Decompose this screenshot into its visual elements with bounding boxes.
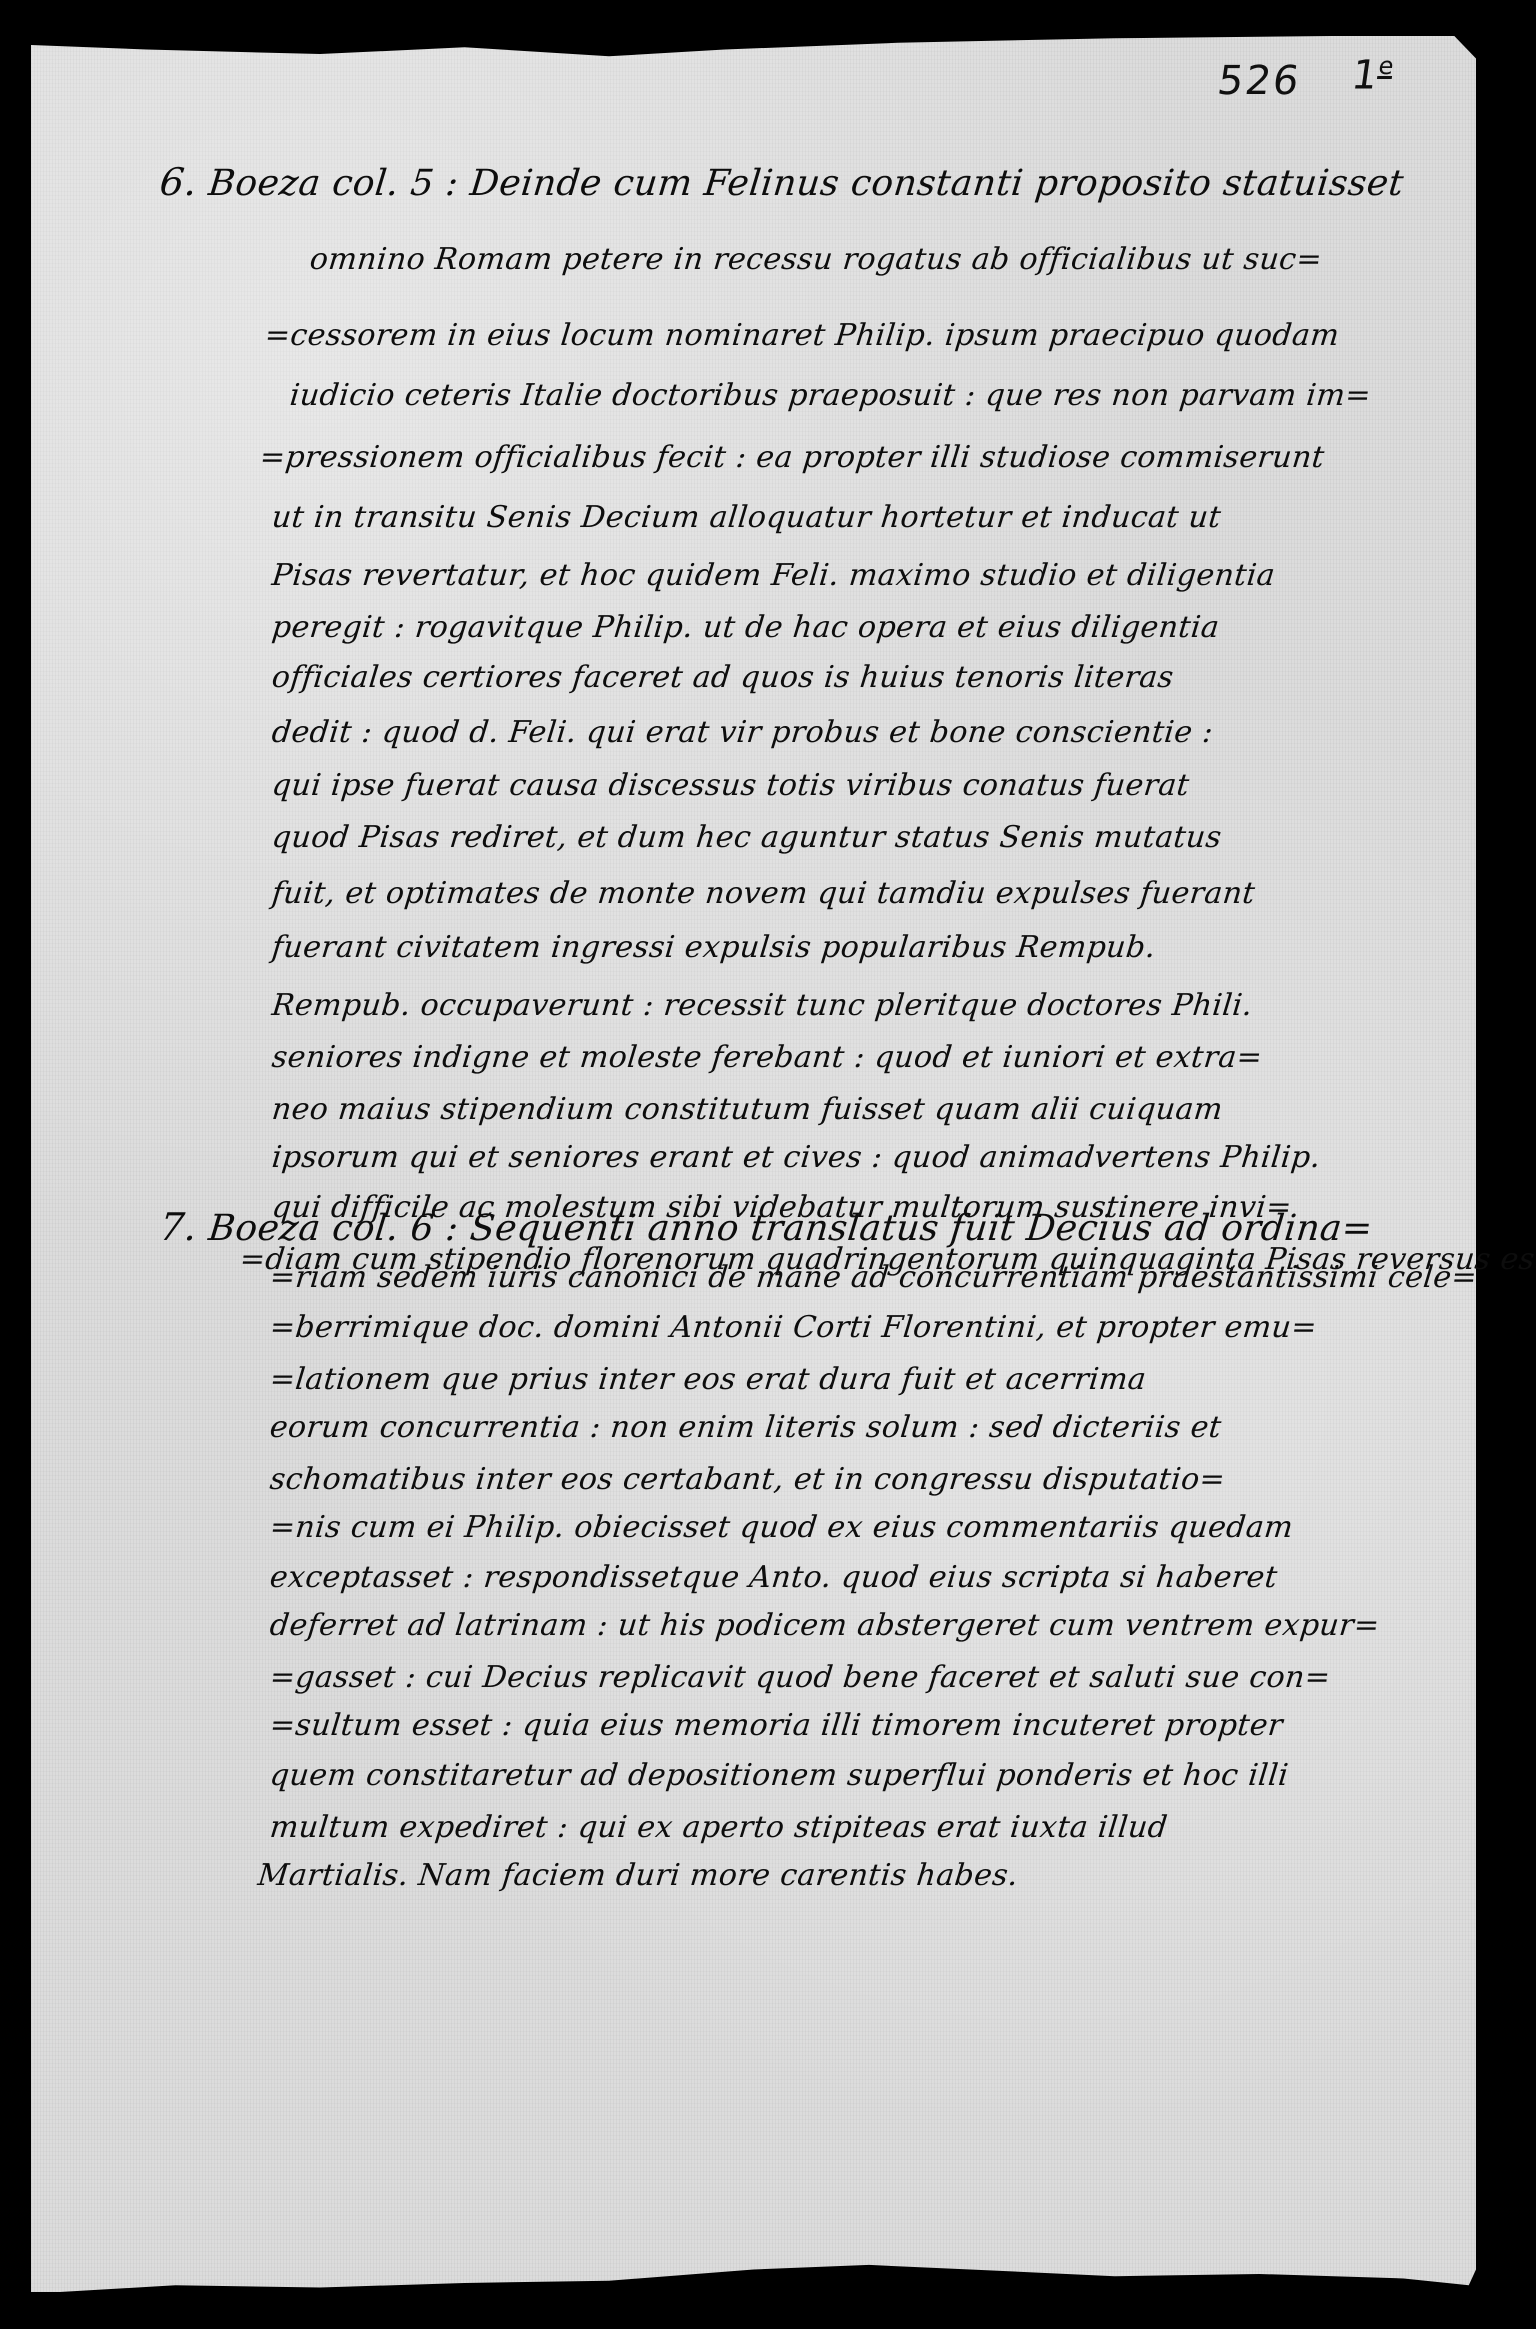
entry-line: neo maius stipendium constitutum fuisset… — [270, 1092, 1224, 1127]
folio-number: 526 — [1215, 58, 1304, 104]
entry-line: =sultum esset : quia eius memoria illi t… — [268, 1708, 1284, 1743]
entry-line: deferret ad latrinam : ut his podicem ab… — [268, 1608, 1381, 1643]
entry-reference: Boeza col. 6 : — [207, 1208, 461, 1249]
entry-line: ipsorum qui et seniores erant et cives :… — [270, 1140, 1322, 1175]
entry-line: =lationem que prius inter eos erat dura … — [268, 1362, 1148, 1397]
entry-line: quem constitaretur ad depositionem super… — [268, 1758, 1290, 1793]
entry-line: =gasset : cui Decius replicavit quod ben… — [268, 1660, 1332, 1695]
entry-number: 7. — [158, 1205, 200, 1249]
entry-line: seniores indigne et moleste ferebant : q… — [270, 1040, 1264, 1075]
entry-line: Deinde cum Felinus constanti proposito s… — [468, 163, 1406, 204]
entry-line: exceptasset : respondissetque Anto. quod… — [268, 1560, 1279, 1595]
entry-line: =cessorem in eius locum nominaret Philip… — [263, 318, 1341, 353]
folio-mark: 1e — [1349, 52, 1396, 98]
entry-line: omnino Romam petere in recessu rogatus a… — [308, 242, 1324, 277]
entry-line: Sequenti anno translatus fuit Decius ad … — [468, 1208, 1375, 1249]
entry-line: Pisas revertatur, et hoc quidem Feli. ma… — [270, 558, 1277, 593]
entry-line: Martialis. Nam faciem duri more carentis… — [256, 1858, 1020, 1893]
entry-line: schomatibus inter eos certabant, et in c… — [268, 1462, 1227, 1497]
entry-heading: 7. Boeza col. 6 : Sequenti anno translat… — [158, 1205, 1375, 1249]
entry-line: eorum concurrentia : non enim literis so… — [268, 1410, 1223, 1445]
entry-line: =nis cum ei Philip. obiecisset quod ex e… — [268, 1510, 1295, 1545]
entry-line: iudicio ceteris Italie doctoribus praepo… — [288, 378, 1373, 413]
entry-line: qui ipse fuerat causa discessus totis vi… — [270, 768, 1191, 803]
entry-number: 6. — [158, 160, 200, 204]
entry-line: officiales certiores faceret ad quos is … — [270, 660, 1175, 695]
entry-line: ut in transitu Senis Decium alloquatur h… — [270, 500, 1223, 535]
entry-reference: Boeza col. 5 : — [207, 163, 461, 204]
entry-line-text: fuerant civitatem ingressi expulsis popu… — [270, 930, 1157, 965]
entry-heading: 6. Boeza col. 5 : Deinde cum Felinus con… — [158, 160, 1406, 204]
entry-line: fuerant civitatem ingressi expulsis popu… — [270, 930, 1157, 965]
entry-line: dedit : quod d. Feli. qui erat vir probu… — [270, 715, 1215, 750]
entry-line: =pressionem officialibus fecit : ea prop… — [258, 440, 1326, 475]
entry-line: fuit, et optimates de monte novem qui ta… — [270, 876, 1257, 911]
entry-line: Rempub. occupaverunt : recessit tunc ple… — [270, 988, 1254, 1023]
entry-line: peregit : rogavitque Philip. ut de hac o… — [270, 610, 1221, 645]
entry-line: multum expediret : qui ex aperto stipite… — [268, 1810, 1169, 1845]
entry-line: =riam sedem iuris canonici de mane ad co… — [268, 1260, 1479, 1295]
entry-line: quod Pisas rediret, et dum hec aguntur s… — [270, 820, 1223, 855]
entry-line: =berrimique doc. domini Antonii Corti Fl… — [268, 1310, 1319, 1345]
